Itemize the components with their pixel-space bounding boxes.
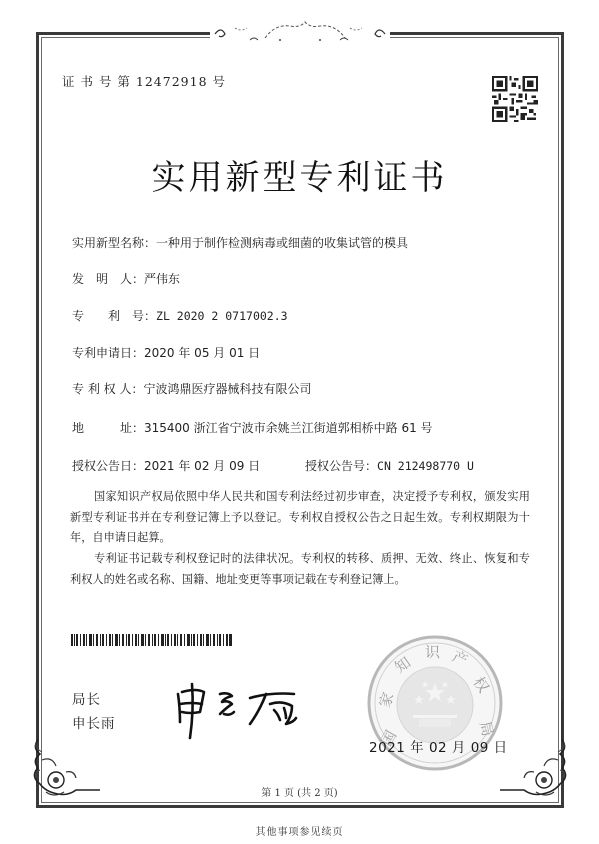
certificate-number: 证 书 号 第 12472918 号: [62, 72, 226, 90]
field-label: 专 利 权 人：: [72, 380, 143, 397]
certificate-title: 实用新型专利证书: [0, 150, 599, 199]
legal-paragraph-registration: 专利证书记载专利权登记时的法律状况。专利权的转移、质押、无效、终止、恢复和专利权…: [70, 549, 530, 590]
field-value: 315400 浙江省宁波市余姚兰江街道郭相桥中路 61 号: [144, 421, 433, 435]
signatory-name: 申长雨: [72, 712, 116, 732]
field-label: 授权公告号：: [305, 457, 377, 474]
field-label: 实用新型名称：: [72, 234, 156, 251]
field-label: 授权公告日：: [72, 457, 144, 474]
field-value: 宁波鸿鼎医疗器械科技有限公司: [143, 382, 311, 396]
field-label: 发 明 人：: [72, 270, 144, 287]
field-label: 专 利 号：: [72, 307, 156, 324]
continuation-note: 其他事项参见续页: [0, 823, 599, 838]
page-indicator: 第 1 页 (共 2 页): [0, 784, 599, 799]
qr-code-icon[interactable]: [492, 76, 538, 122]
field-value: 严伟东: [144, 272, 180, 286]
field-label: 专利申请日：: [72, 344, 144, 361]
top-flourish-ornament-icon: [210, 18, 390, 48]
field-value: 一种用于制作检测病毒或细菌的收集试管的模具: [156, 236, 408, 250]
field-application-date: 专利申请日：2020 年 05 月 01 日: [72, 344, 260, 361]
signatory-title: 局长: [72, 688, 101, 708]
field-grant-announcement-date: 授权公告日：2021 年 02 月 09 日: [72, 457, 260, 474]
field-patent-number: 专 利 号：ZL 2020 2 0717002.3: [72, 307, 288, 324]
field-value: 2020 年 05 月 01 日: [144, 346, 260, 360]
field-value: 2021 年 02 月 09 日: [144, 459, 260, 473]
field-utility-model-name: 实用新型名称：一种用于制作检测病毒或细菌的收集试管的模具: [72, 234, 408, 251]
field-patentee: 专 利 权 人：宁波鸿鼎医疗器械科技有限公司: [72, 380, 311, 397]
field-address: 地 址：315400 浙江省宁波市余姚兰江街道郭相桥中路 61 号: [72, 419, 433, 436]
field-inventor: 发 明 人：严伟东: [72, 270, 180, 287]
svg-text:识: 识: [425, 643, 441, 661]
certificate-number-label: 证 书 号 第: [62, 74, 131, 89]
certificate-number-suffix: 号: [213, 74, 227, 89]
handwritten-signature: [170, 680, 310, 740]
seal-date: 2021 年 02 月 09 日: [369, 736, 508, 756]
field-value: CN 212498770 U: [377, 459, 474, 473]
barcode-icon: [71, 634, 232, 646]
certificate-number-value: 12472918: [136, 74, 208, 89]
legal-paragraph-grant: 国家知识产权局依照中华人民共和国专利法经过初步审查，决定授予专利权，颁发实用新型…: [70, 487, 530, 549]
field-label: 地 址：: [72, 419, 144, 436]
field-grant-announcement-number: 授权公告号：CN 212498770 U: [305, 457, 474, 474]
field-value: ZL 2020 2 0717002.3: [156, 309, 288, 323]
